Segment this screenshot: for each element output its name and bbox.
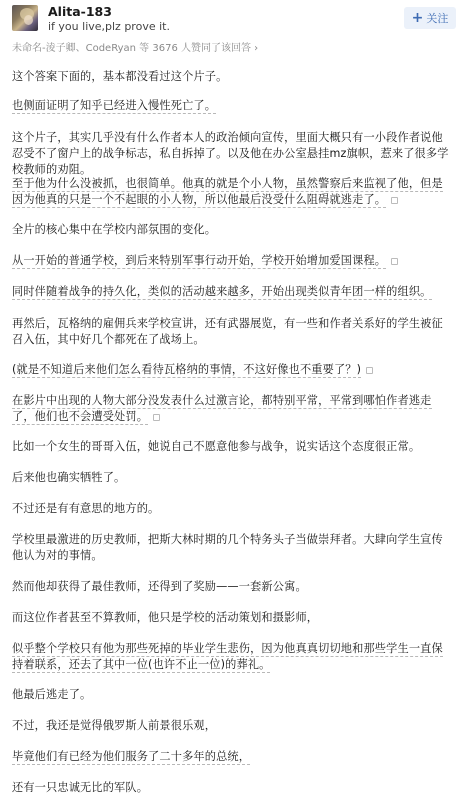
follow-button-label: 关注	[426, 10, 448, 26]
comment-icon[interactable]	[391, 258, 398, 265]
comment-icon[interactable]	[153, 414, 160, 421]
paragraph: 还有一只忠诚无比的军队。	[12, 780, 452, 796]
highlighted-text[interactable]: 在影片中出现的人物大部分没发表什么过激言论，都特别平常，平常到哪怕作者逃走了，他…	[12, 394, 432, 425]
paragraph-text: 他最后逃走了。	[12, 688, 91, 701]
voters-summary-link[interactable]: 未命名-淩子卿、CodeRyan 等 3676 人赞同了该回答 ›	[12, 39, 258, 54]
paragraph: 全片的核心集中在学校内部氛围的变化。	[12, 222, 452, 238]
paragraph: 这个片子，其实几乎没有什么作者本人的政治倾向宣传，里面大概只有一小段作者说他忍受…	[12, 130, 452, 178]
paragraph: 似乎整个学校只有他为那些死掉的毕业学生悲伤，因为他真真切切地和那些学生一直保持着…	[12, 641, 452, 673]
paragraph-text: 而这位作者甚至不算教师，他只是学校的活动策划和摄影师，	[12, 611, 318, 624]
highlighted-text[interactable]: 也侧面证明了知乎已经进入慢性死亡了。	[12, 99, 216, 114]
paragraph-text: 学校里最激进的历史教师，把斯大林时期的几个特务头子当做崇拜者。大肆向学生宣传他认…	[12, 533, 443, 562]
highlighted-text[interactable]: 从一开始的普通学校，到后来特别军事行动开始，学校开始增加爱国课程。	[12, 254, 386, 269]
highlighted-text[interactable]: (就是不知道后来他们怎么看待瓦格纳的事情，不这好像也不重要了？)	[12, 363, 361, 378]
paragraph-text: 再然后，瓦格纳的雇佣兵来学校宣讲，还有武器展览，有一些和作者关系好的学生被征召入…	[12, 317, 443, 346]
paragraph-text: 还有一只忠诚无比的军队。	[12, 781, 148, 794]
paragraph: 这个答案下面的，基本都没看过这个片子。	[12, 69, 452, 85]
paragraph: 而这位作者甚至不算教师，他只是学校的活动策划和摄影师，	[12, 610, 452, 626]
paragraph: 从一开始的普通学校，到后来特别军事行动开始，学校开始增加爱国课程。	[12, 253, 452, 269]
paragraph-text: 然而他却获得了最佳教师，还得到了奖励——一套新公寓。	[12, 580, 307, 593]
paragraph: 他最后逃走了。	[12, 687, 452, 703]
paragraph: 至于他为什么没被抓，也很简单。他真的就是个小人物，虽然警察后来监视了他，但是因为…	[12, 176, 452, 208]
highlighted-text[interactable]: 毕竟他们有已经为他们服务了二十多年的总统，	[12, 750, 250, 765]
avatar-face-shape	[24, 15, 33, 25]
comment-icon[interactable]	[391, 197, 398, 204]
paragraph: 再然后，瓦格纳的雇佣兵来学校宣讲，还有武器展览，有一些和作者关系好的学生被征召入…	[12, 316, 452, 348]
paragraph: 不过还是有有意思的地方的。	[12, 501, 452, 517]
author-bio: if you live,plz prove it.	[48, 20, 170, 33]
follow-button[interactable]: + 关注	[404, 7, 456, 29]
paragraph-text: 不过还是有有意思的地方的。	[12, 502, 159, 515]
paragraph: (就是不知道后来他们怎么看待瓦格纳的事情，不这好像也不重要了？)	[12, 362, 452, 378]
paragraph: 比如一个女生的哥哥入伍，她说自己不愿意他参与战争，说实话这个态度很正常。	[12, 439, 452, 455]
paragraph: 毕竟他们有已经为他们服务了二十多年的总统，	[12, 749, 452, 765]
paragraph: 学校里最激进的历史教师，把斯大林时期的几个特务头子当做崇拜者。大肆向学生宣传他认…	[12, 532, 452, 564]
paragraph: 也侧面证明了知乎已经进入慢性死亡了。	[12, 98, 452, 114]
paragraph-text: 比如一个女生的哥哥入伍，她说自己不愿意他参与战争，说实话这个态度很正常。	[12, 440, 420, 453]
paragraph-text: 全片的核心集中在学校内部氛围的变化。	[12, 223, 216, 236]
paragraph-text: 后来他也确实牺牲了。	[12, 471, 125, 484]
paragraph: 不过，我还是觉得俄罗斯人前景很乐观，	[12, 718, 452, 734]
plus-icon: +	[412, 11, 424, 25]
highlighted-text[interactable]: 同时伴随着战争的持久化，类似的活动越来越多，开始出现类似青年团一样的组织。	[12, 285, 432, 300]
paragraph-text: 不过，我还是觉得俄罗斯人前景很乐观，	[12, 719, 216, 732]
answer-header: Alita-183 if you live,plz prove it. + 关注	[0, 0, 462, 36]
paragraph-text: 这个答案下面的，基本都没看过这个片子。	[12, 70, 227, 83]
paragraph: 同时伴随着战争的持久化，类似的活动越来越多，开始出现类似青年团一样的组织。	[12, 284, 452, 300]
highlighted-text[interactable]: 至于他为什么没被抓，也很简单。他真的就是个小人物，虽然警察后来监视了他，但是因为…	[12, 177, 443, 208]
author-avatar[interactable]	[12, 5, 38, 31]
paragraph: 后来他也确实牺牲了。	[12, 470, 452, 486]
paragraph: 然而他却获得了最佳教师，还得到了奖励——一套新公寓。	[12, 579, 452, 595]
highlighted-text[interactable]: 似乎整个学校只有他为那些死掉的毕业学生悲伤，因为他真真切切地和那些学生一直保持着…	[12, 642, 443, 673]
author-name[interactable]: Alita-183	[48, 4, 112, 19]
paragraph: 在影片中出现的人物大部分没发表什么过激言论，都特别平常，平常到哪怕作者逃走了，他…	[12, 393, 452, 425]
paragraph-text: 这个片子，其实几乎没有什么作者本人的政治倾向宣传，里面大概只有一小段作者说他忍受…	[12, 131, 449, 176]
comment-icon[interactable]	[366, 367, 373, 374]
